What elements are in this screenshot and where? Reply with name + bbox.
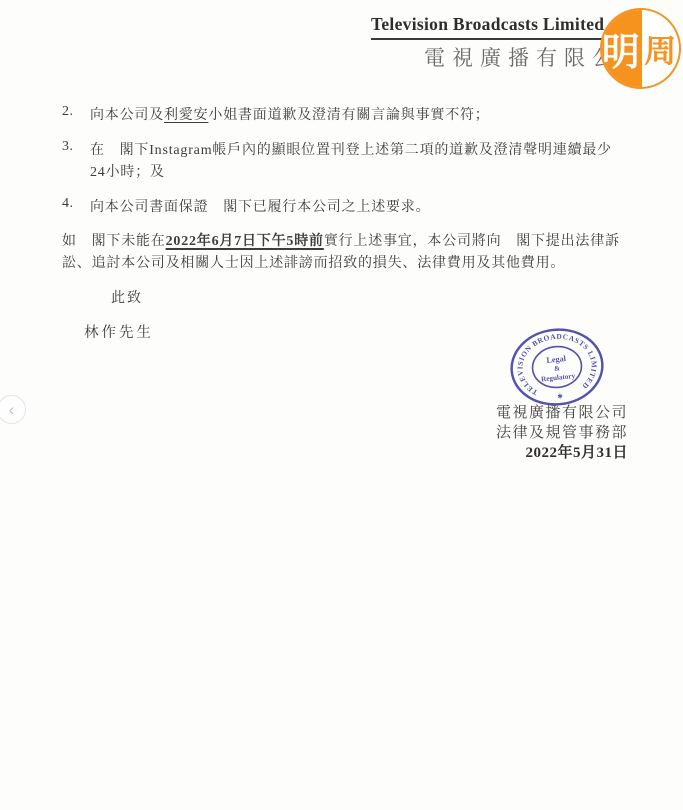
list-number-4: 4.	[62, 196, 74, 212]
company-name-english: Television Broadcasts Limited	[371, 14, 604, 40]
warning-paragraph-line1: 如 閣下未能在2022年6月7日下午5時前實行上述事宜，本公司將向 閣下提出法律…	[62, 230, 620, 250]
chevron-left-icon: ‹	[9, 401, 15, 418]
deadline-text: 2022年6月7日下午5時前	[166, 234, 324, 249]
list-number-3: 3.	[62, 139, 74, 155]
stamp-center-line2: &	[554, 364, 561, 373]
stamp-center-line1: Legal	[546, 354, 567, 365]
footer-date: 2022年5月31日	[496, 443, 628, 463]
warning-pre: 如 閣下未能在	[62, 234, 166, 249]
warning-paragraph-line2: 訟、追討本公司及相關人士因上述誹謗而招致的損失、法律費用及其他費用。	[62, 252, 565, 272]
list-item-4: 向本公司書面保證 閣下已履行本公司之上述要求。	[90, 196, 430, 216]
carousel-prev-button[interactable]: ‹	[0, 395, 26, 424]
list-item-3-line1: 在 閣下Instagram帳戶內的顯眼位置刊登上述第二項的道歉及澄清聲明連續最少	[90, 139, 612, 159]
letter-photo: ‹ Television Broadcasts Limited 電視廣播有限公司…	[0, 0, 683, 810]
mingpao-weekly-logo: 明 周	[600, 8, 681, 89]
footer-department: 法律及規管事務部	[496, 423, 628, 443]
signature-block: 電視廣播有限公司 法律及規管事務部 2022年5月31日	[496, 403, 628, 463]
list-item-3-line2: 24小時；及	[90, 161, 165, 181]
list-item-2: 向本公司及利愛安小姐書面道歉及澄清有關言論與事實不符；	[90, 104, 490, 124]
legal-regulatory-stamp: TELEVISION BROADCASTS LIMITED ✱ Legal & …	[508, 327, 606, 407]
stamp-center-line3: Regulatory	[541, 372, 576, 384]
footer-company: 電視廣播有限公司	[496, 403, 628, 423]
closing-salutation: 此致	[111, 287, 143, 307]
underlined-person-name: 利愛安	[164, 108, 208, 123]
recipient-name: 林作先生	[84, 321, 154, 342]
logo-left-character: 明	[602, 10, 641, 87]
list-item-2-pre: 向本公司及	[90, 108, 164, 123]
stamp-star-icon: ✱	[557, 392, 564, 401]
logo-right-character: 周	[641, 10, 680, 87]
list-number-2: 2.	[62, 104, 74, 120]
warning-post: 實行上述事宜，本公司將向 閣下提出法律訴	[324, 234, 620, 249]
list-item-2-post: 小姐書面道歉及澄清有關言論與事實不符；	[208, 108, 489, 123]
